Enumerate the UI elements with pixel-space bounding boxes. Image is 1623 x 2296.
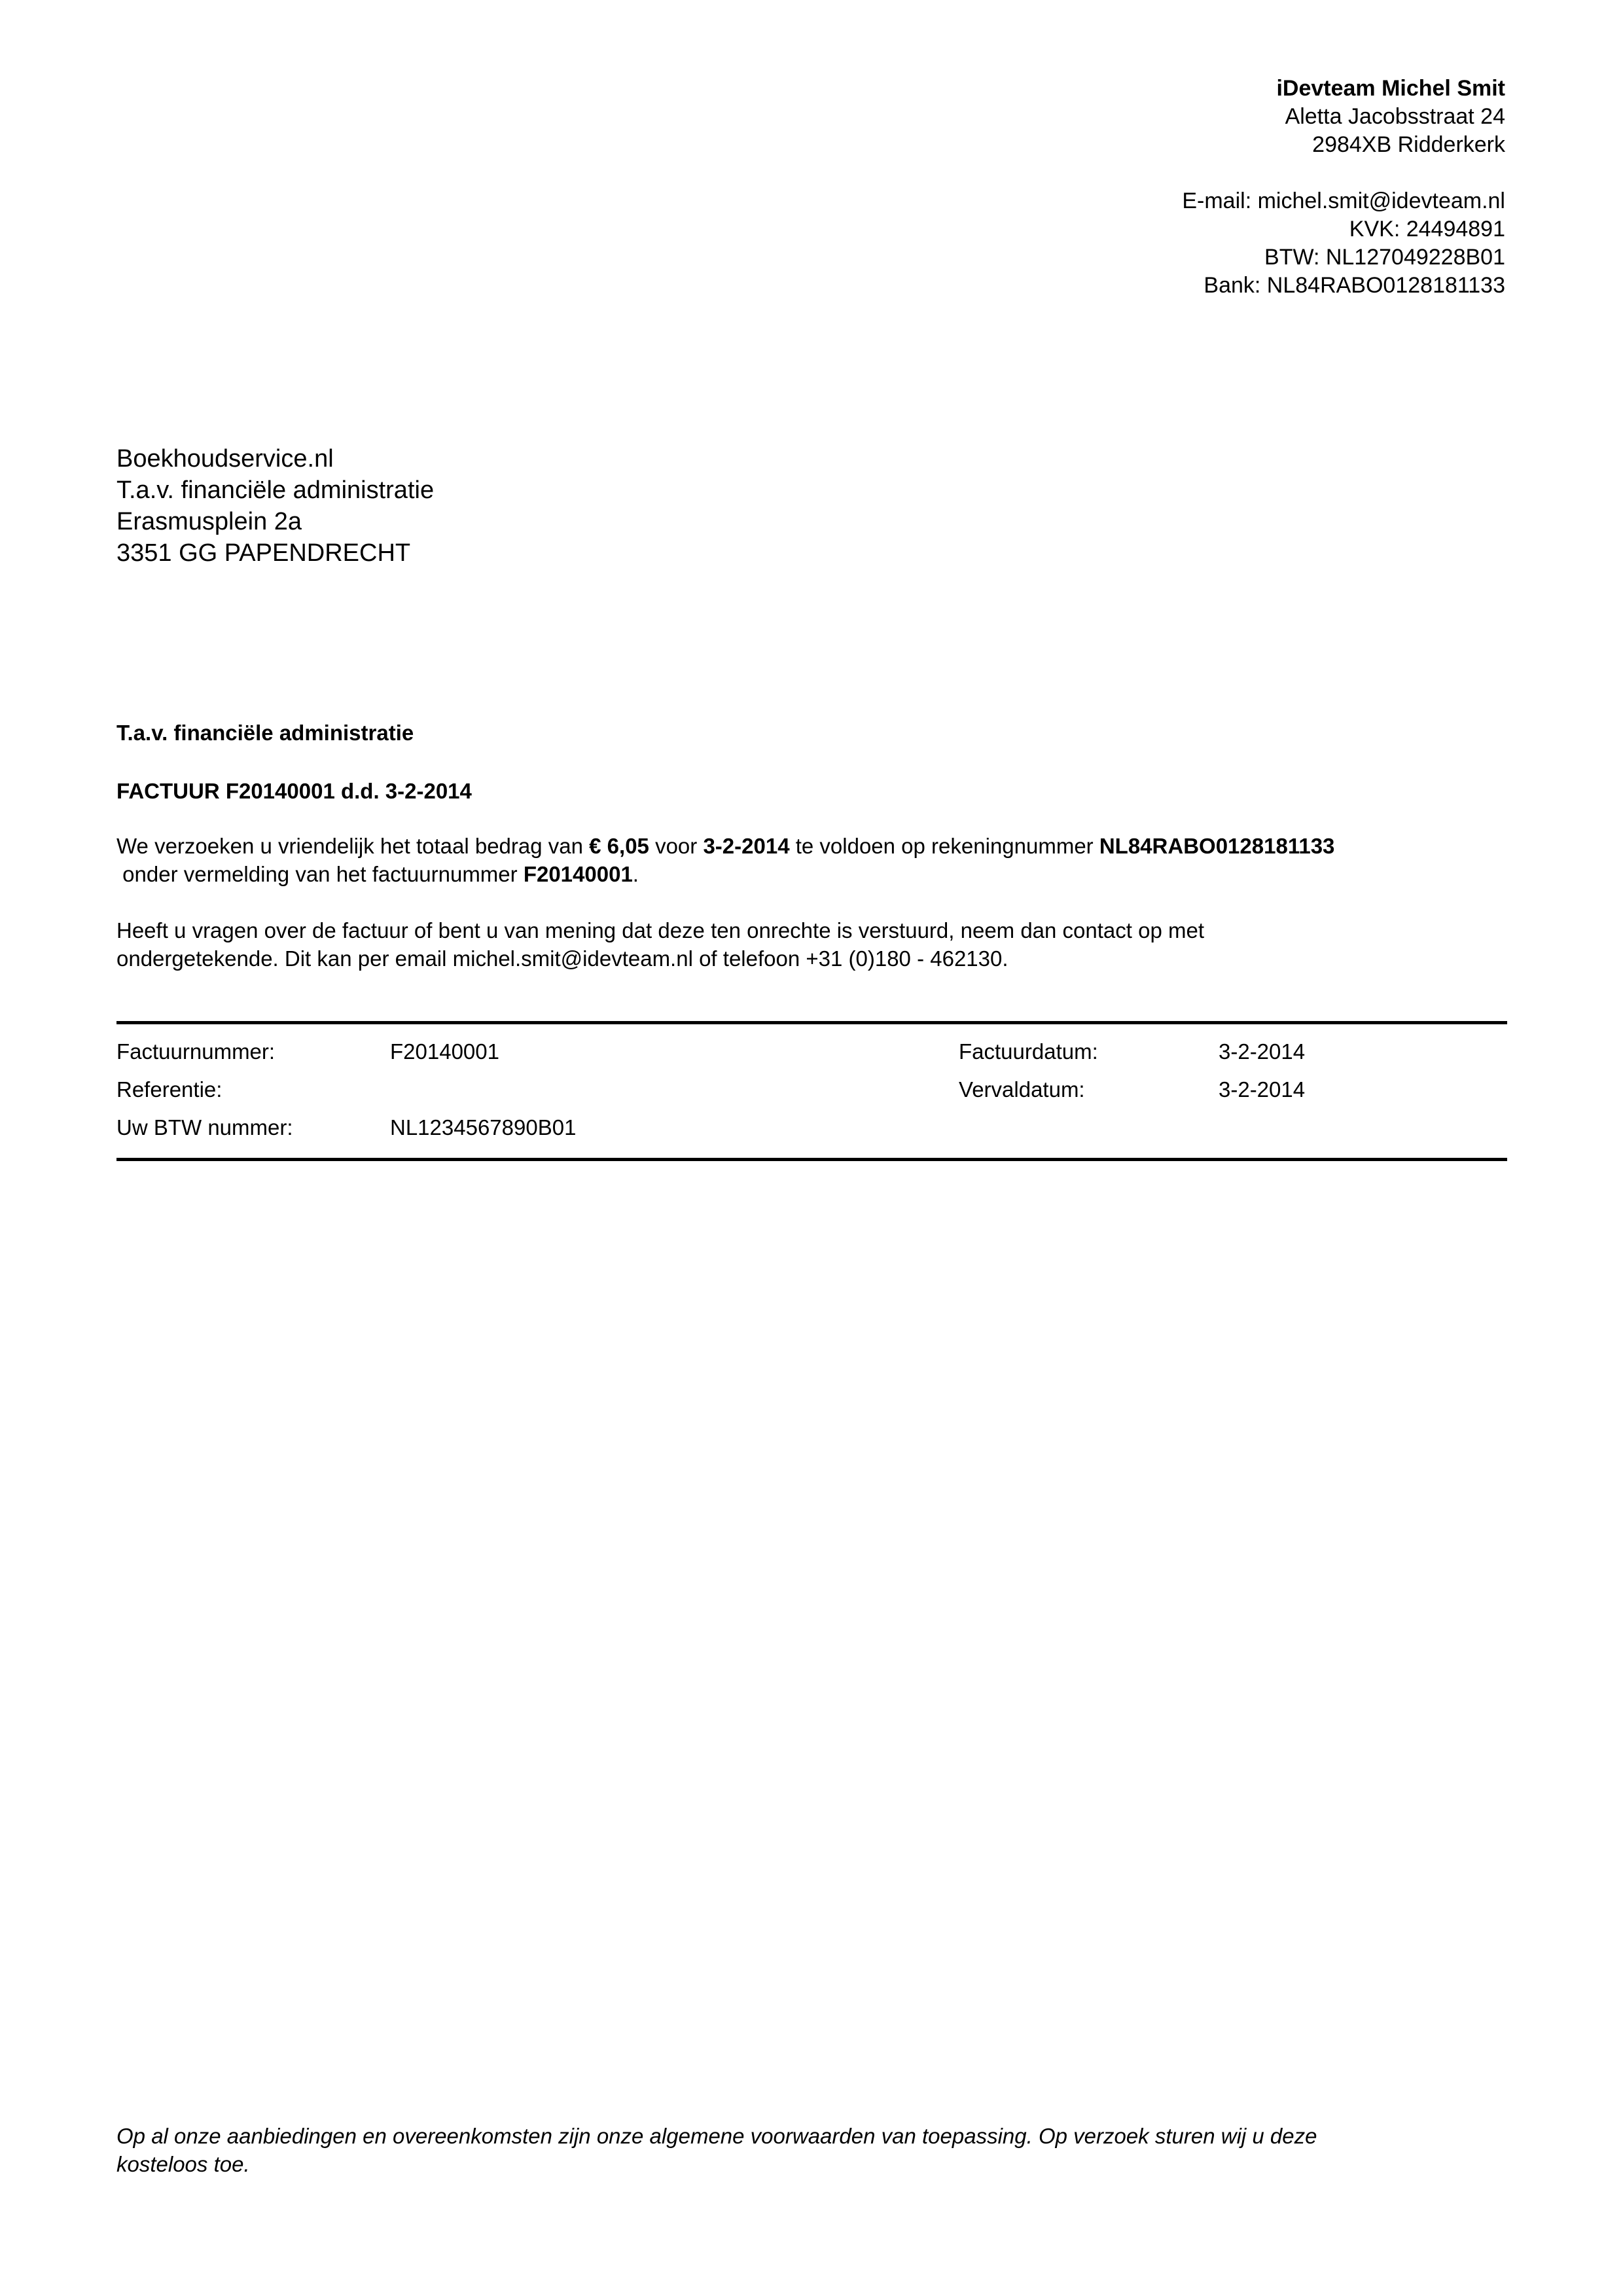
table-top-rule	[116, 1021, 1507, 1024]
table-row: Uw BTW nummer: NL1234567890B01	[116, 1109, 1507, 1147]
recipient-address: Boekhoudservice.nl T.a.v. financiële adm…	[116, 443, 434, 569]
label-invoice-date: Factuurdatum:	[959, 1033, 1098, 1071]
payment-line-1: We verzoeken u vriendelijk het totaal be…	[116, 832, 1334, 860]
payment-text-3: te voldoen op rekeningnummer	[790, 834, 1099, 858]
contact-paragraph: Heeft u vragen over de factuur of bent u…	[116, 916, 1204, 973]
due-date: 3-2-2014	[703, 834, 789, 858]
iban-number: NL84RABO0128181133	[1099, 834, 1335, 858]
letter-attention: T.a.v. financiële administratie	[116, 719, 414, 747]
footer-line-2: kosteloos toe.	[116, 2150, 1317, 2178]
recipient-company: Boekhoudservice.nl	[116, 443, 434, 475]
contact-line-2: ondergetekende. Dit kan per email michel…	[116, 944, 1204, 973]
sender-btw: BTW: NL127049228B01	[1182, 243, 1505, 272]
label-vat-number: Uw BTW nummer:	[116, 1109, 293, 1147]
label-due-date: Vervaldatum:	[959, 1071, 1085, 1109]
recipient-street: Erasmusplein 2a	[116, 506, 434, 537]
contact-line-1: Heeft u vragen over de factuur of bent u…	[116, 916, 1204, 944]
label-reference: Referentie:	[116, 1071, 222, 1109]
terms-footer: Op al onze aanbiedingen en overeenkomste…	[116, 2122, 1317, 2178]
invoice-details-table: Factuurnummer: F20140001 Factuurdatum: 3…	[116, 1033, 1507, 1147]
payment-text-5: .	[633, 862, 639, 886]
value-vat-number: NL1234567890B01	[390, 1109, 576, 1147]
payment-text-2: voor	[649, 834, 704, 858]
spacer	[1182, 159, 1505, 187]
recipient-city: 3351 GG PAPENDRECHT	[116, 537, 434, 569]
sender-street: Aletta Jacobsstraat 24	[1182, 103, 1505, 131]
payment-paragraph: We verzoeken u vriendelijk het totaal be…	[116, 832, 1334, 888]
payment-text-1: We verzoeken u vriendelijk het totaal be…	[116, 834, 589, 858]
table-bottom-rule	[116, 1158, 1507, 1161]
invoice-subject: FACTUUR F20140001 d.d. 3-2-2014	[116, 777, 472, 805]
value-invoice-date: 3-2-2014	[1219, 1033, 1305, 1071]
sender-block: iDevteam Michel Smit Aletta Jacobsstraat…	[1182, 75, 1505, 300]
table-row: Factuurnummer: F20140001 Factuurdatum: 3…	[116, 1033, 1507, 1071]
sender-name: iDevteam Michel Smit	[1182, 75, 1505, 103]
value-due-date: 3-2-2014	[1219, 1071, 1305, 1109]
label-invoice-number: Factuurnummer:	[116, 1033, 275, 1071]
invoice-number-ref: F20140001	[524, 862, 633, 886]
sender-bank: Bank: NL84RABO0128181133	[1182, 272, 1505, 300]
payment-line-2: onder vermelding van het factuurnummer F…	[116, 860, 1334, 888]
sender-kvk: KVK: 24494891	[1182, 215, 1505, 243]
table-row: Referentie: Vervaldatum: 3-2-2014	[116, 1071, 1507, 1109]
payment-text-4: onder vermelding van het factuurnummer	[116, 862, 524, 886]
sender-email: E-mail: michel.smit@idevteam.nl	[1182, 187, 1505, 215]
recipient-attention: T.a.v. financiële administratie	[116, 475, 434, 506]
footer-line-1: Op al onze aanbiedingen en overeenkomste…	[116, 2122, 1317, 2150]
total-amount: € 6,05	[589, 834, 649, 858]
sender-city: 2984XB Ridderkerk	[1182, 131, 1505, 159]
value-invoice-number: F20140001	[390, 1033, 499, 1071]
